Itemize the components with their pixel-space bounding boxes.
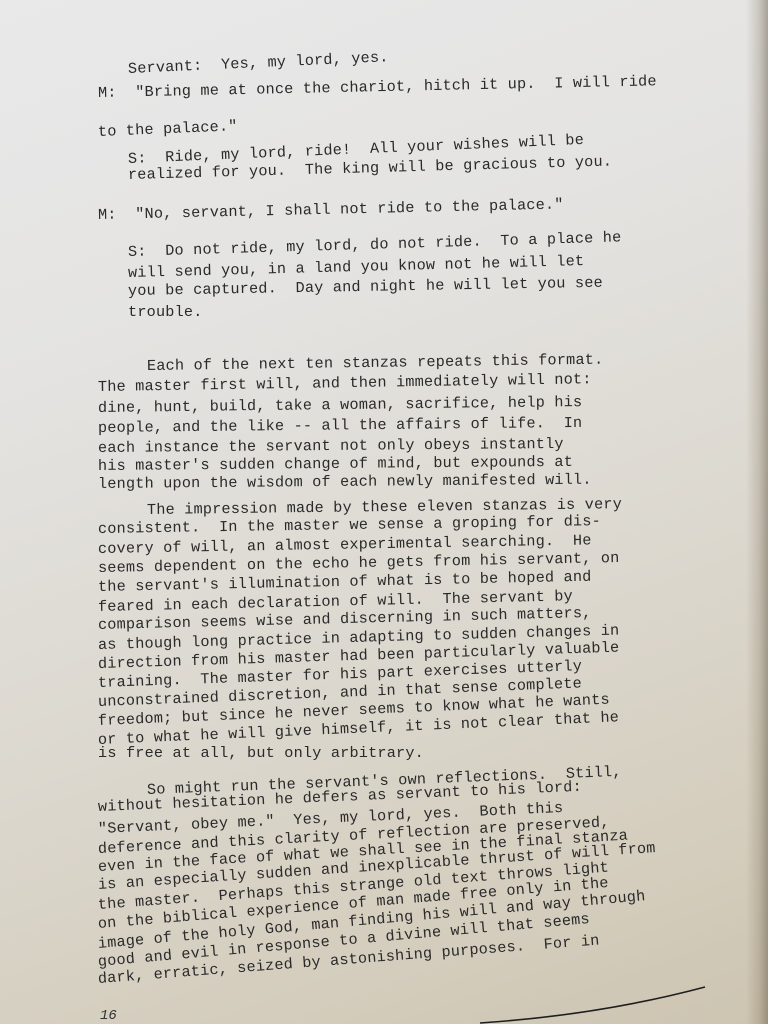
dialogue-line-servant-yes: Servant: Yes, my lord, yes. <box>128 50 389 77</box>
page-curl-line <box>480 985 710 1024</box>
paragraph-1-line-3: dine, hunt, build, take a woman, sacrifi… <box>98 395 582 416</box>
paragraph-2-line-14: is free at all, but only arbitrary. <box>98 746 424 761</box>
dialogue-line-master-no: M: "No, servant, I shall not ride to the… <box>98 197 564 223</box>
dialogue-line-master-chariot-cont: to the palace." <box>98 119 238 140</box>
page-number: 16 <box>100 1008 117 1024</box>
paragraph-1-line-7: length upon the wisdom of each newly man… <box>98 473 592 493</box>
dialogue-line-servant-do-not-4: trouble. <box>128 305 203 320</box>
document-page: Servant: Yes, my lord, yes. M: "Bring me… <box>0 0 768 1024</box>
paragraph-1-line-2: The master first will, and then immediat… <box>98 372 592 395</box>
paragraph-1-line-4: people, and the like -- all the affairs … <box>98 416 582 436</box>
dialogue-line-master-chariot: M: "Bring me at once the chariot, hitch … <box>98 74 657 101</box>
page-edge-shadow <box>746 0 768 1024</box>
